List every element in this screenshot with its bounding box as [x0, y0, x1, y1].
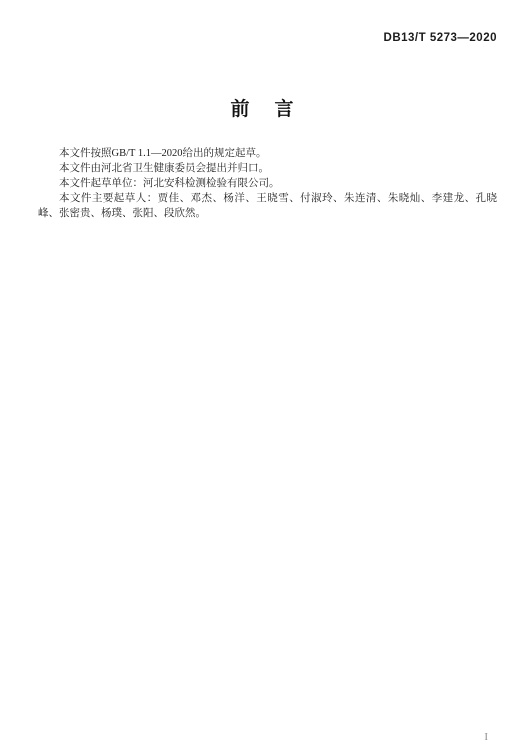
paragraph-drafting-unit: 本文件起草单位：河北安科检测检验有限公司。 — [38, 176, 497, 191]
paragraph-proposing-body: 本文件由河北省卫生健康委员会提出并归口。 — [38, 161, 497, 176]
foreword-title: 前 言 — [0, 94, 527, 121]
paragraph-drafting-basis: 本文件按照GB/T 1.1—2020给出的规定起草。 — [38, 146, 497, 161]
page-number: I — [484, 731, 488, 743]
foreword-body: 本文件按照GB/T 1.1—2020给出的规定起草。 本文件由河北省卫生健康委员… — [38, 146, 497, 221]
paragraph-main-drafters: 本文件主要起草人：贾佳、邓杰、杨洋、王晓雪、付淑玲、朱连清、朱晓灿、李建龙、孔晓… — [38, 191, 497, 221]
document-page: { "doc": { "header": { "standard_number"… — [0, 0, 527, 756]
standard-number-header: DB13/T 5273—2020 — [38, 32, 497, 44]
